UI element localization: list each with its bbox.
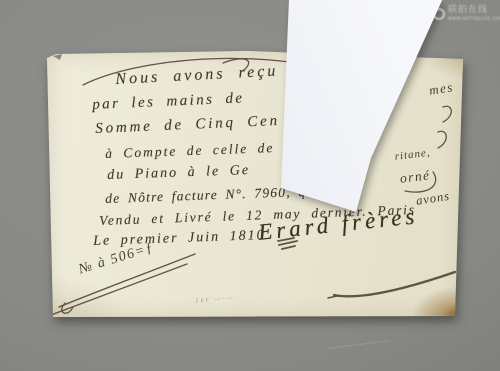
covering-paper-wrapper (0, 0, 500, 371)
watermark-text-block: 联拍在线 WWW.ARTFOXLIVE.COM (448, 6, 500, 21)
covering-white-paper (0, 0, 500, 371)
watermark-logo-icon (433, 8, 445, 20)
watermark: 联拍在线 WWW.ARTFOXLIVE.COM (433, 6, 500, 21)
auction-photo: Nous avons reçu par les mains de Somme d… (0, 0, 500, 371)
watermark-latin-text: WWW.ARTFOXLIVE.COM (448, 17, 500, 21)
watermark-cjk-text: 联拍在线 (448, 6, 500, 15)
